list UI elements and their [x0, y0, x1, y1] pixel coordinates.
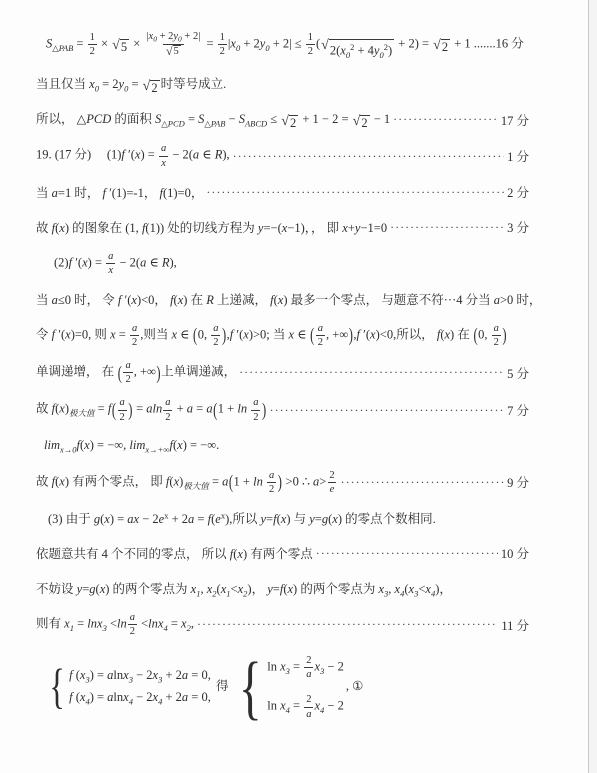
numerator: a	[159, 142, 168, 155]
fraction: a2	[163, 396, 172, 423]
text-segment: 19. (17 分) (1)f ′(x) = ax − 2(a ∈ R),	[36, 142, 230, 169]
text-run: 5	[121, 40, 127, 54]
dot-leader: ········································…	[239, 365, 504, 380]
text-run: − 2(	[169, 148, 193, 162]
denominator: 2	[88, 44, 97, 58]
text-run: ) 最多一个零点， 与题意不符···4 分当	[283, 293, 493, 307]
numerator: a	[128, 611, 137, 624]
text-run: ) = −∞.	[183, 438, 220, 452]
text-run: + 2	[157, 31, 173, 42]
radical-icon: √	[433, 39, 441, 53]
curly-brace: {	[238, 652, 261, 723]
radical-icon: √	[143, 80, 151, 94]
radical-icon: √	[112, 39, 120, 53]
math-variable: R	[162, 255, 170, 269]
math-variable: x	[108, 265, 113, 276]
line-part3-g-function: (3) 由于 g(x) = ax − 2ex + 2a = f(ex),所以 y…	[36, 506, 529, 531]
numerator: 1	[306, 31, 315, 44]
text-run: = 0,	[188, 690, 211, 704]
text-run: 2	[125, 374, 130, 385]
text-run: ∈	[199, 148, 215, 162]
line-four-zeros: 依题意共有 4 个不同的零点， 所以 f(x) 有两个零点 ··········…	[36, 541, 529, 566]
line-area-pcd-17: 所以， △PCD 的面积 S△PCD = S△PAB − SABCD ≤ √2 …	[36, 107, 529, 132]
system-row: f (x3) = alnx3 − 2x3 + 2a = 0,	[69, 668, 211, 685]
math-variable: a	[125, 360, 130, 371]
text-run: ) 的图象在 (1,	[65, 221, 142, 235]
text-run: =	[290, 660, 303, 674]
text-run: (	[316, 36, 320, 50]
numerator: |x0 + 2y0 + 2|	[144, 30, 202, 44]
text-run: − 2	[139, 512, 159, 526]
radicand: 2	[360, 115, 369, 130]
text-run: 16 分	[496, 36, 524, 50]
fraction: ax	[159, 142, 168, 169]
text-run: ′(	[72, 255, 82, 269]
denominator: 2	[211, 335, 220, 349]
radicand: 2	[289, 115, 298, 130]
dot-leader: ········································…	[233, 149, 504, 164]
dot-leader: ········································…	[270, 403, 504, 418]
text-run: ∈	[146, 255, 162, 269]
denominator: 2	[130, 335, 139, 349]
text-run: =	[194, 512, 207, 526]
text-run: 时等号成立.	[161, 77, 227, 91]
radical-icon: √	[353, 115, 361, 129]
text-run: 17 分	[501, 114, 529, 128]
text-run: (2)	[54, 255, 69, 269]
denominator: a	[304, 707, 313, 721]
text-run: 上递减，	[214, 293, 270, 307]
big-paren: (	[117, 363, 122, 382]
denominator: e	[328, 482, 337, 496]
text-segment: 9 分	[507, 473, 529, 491]
fraction: a2	[316, 322, 325, 349]
text-run: 当且仅当	[36, 77, 89, 91]
big-paren: )	[348, 326, 353, 345]
line-zeros-ordering: 则有 x1 = lnx3 <lna2 <lnx4 = x2,··········…	[36, 611, 529, 638]
numerator: a	[211, 322, 220, 335]
text-run: )，	[247, 582, 267, 596]
dot-leader: ········································…	[341, 475, 505, 490]
denominator: 2	[118, 410, 127, 424]
text-run: ′(1)=-1，	[106, 186, 160, 200]
fraction: a2	[128, 611, 137, 638]
text-run: ),	[170, 255, 177, 269]
document-page: S△PAB = 12 × √5 × |x0 + 2y0 + 2|√5 = 12|…	[0, 0, 597, 773]
math-variable: ln	[87, 616, 97, 630]
text-run: − 2	[133, 690, 153, 704]
subscript: 极大值	[183, 481, 209, 491]
text-run: )>0; 当	[249, 327, 289, 341]
numerator: a	[106, 250, 115, 263]
system-row: f (x4) = alnx4 − 2x4 + 2a = 0,	[69, 690, 211, 707]
text-run: 2	[318, 337, 323, 348]
math-variable: ln	[117, 616, 127, 630]
big-paren: )	[128, 400, 133, 419]
math-variable: ln	[153, 402, 163, 416]
big-paren: (	[310, 326, 315, 345]
denominator: x	[106, 263, 115, 277]
text-run: +	[348, 221, 355, 235]
big-paren: (	[228, 473, 233, 492]
text-segment: 依题意共有 4 个不同的零点， 所以 f(x) 有两个零点	[36, 544, 313, 562]
numerator: 2	[304, 693, 313, 706]
radicand: 2	[441, 39, 450, 54]
big-paren: )	[156, 363, 161, 382]
subscript: x→+∞	[145, 444, 169, 454]
text-run: =1 时，	[58, 186, 103, 200]
numerator: a	[251, 396, 260, 409]
square-root: √5	[166, 45, 181, 58]
big-paren: )	[261, 400, 266, 419]
text-run: 所以， △	[36, 112, 86, 126]
text-run: ×	[130, 36, 143, 50]
text-segment: (2)f ′(x) = ax − 2(a ∈ R),	[54, 250, 177, 277]
text-run: =	[290, 699, 303, 713]
text-run: (	[73, 668, 80, 682]
text-run: 7 分	[507, 404, 529, 418]
text-run: 0,	[198, 327, 211, 341]
text-segment: {f (x3) = alnx3 − 2x3 + 2a = 0,f (x4) = …	[44, 648, 363, 727]
square-root: √2(x02 + 4y02)	[321, 39, 394, 62]
text-run: =	[209, 474, 222, 488]
text-run: (1)=0，	[163, 186, 203, 200]
text-run: =−(	[263, 221, 281, 235]
radicand: 2	[150, 80, 159, 95]
text-run: 19. (17 分) (1)	[36, 148, 121, 162]
text-run: 2	[130, 626, 135, 637]
denominator: 2	[267, 482, 276, 496]
text-run: 2	[253, 412, 258, 423]
big-paren: )	[502, 326, 507, 345]
text-run: −1)，， 即	[287, 221, 342, 235]
denominator: 2	[492, 335, 501, 349]
text-run: =	[193, 402, 206, 416]
radicand: 5	[120, 39, 129, 54]
text-run: ,则当	[140, 327, 171, 341]
numerator: a	[492, 322, 501, 335]
numerator: 1	[88, 31, 97, 44]
line-two-zeros-condition: 故 f(x) 有两个零点， 即 f(x)极大值 = a(1 + ln a2) >…	[36, 469, 529, 496]
text-segment: 故 f(x) 的图象在 (1, f(1)) 处的切线方程为 y=−(x−1)，，…	[36, 218, 387, 236]
big-paren: (	[213, 400, 218, 419]
text-run: ln	[267, 699, 280, 713]
text-run: 2	[220, 46, 225, 57]
text-run: − 2	[133, 668, 153, 682]
text-run: 2	[120, 412, 125, 423]
line-limits: limx→0f(x) = −∞, limx→+∞f(x) = −∞.	[36, 434, 529, 459]
text-run: ),	[222, 148, 229, 162]
page-edge-line	[588, 0, 589, 773]
text-run: 则有	[36, 616, 64, 630]
line-maximum-value: 故 f(x)极大值 = f(a2) = alna2 + a = a(1 + ln…	[36, 396, 529, 423]
system-rows: f (x3) = alnx3 − 2x3 + 2a = 0,f (x4) = a…	[69, 665, 211, 710]
numerator: a	[123, 359, 132, 372]
square-root: √2	[433, 39, 450, 54]
text-run: +	[173, 402, 186, 416]
text-run: ln	[267, 660, 280, 674]
text-segment: 7 分	[507, 401, 529, 419]
text-run: 故	[36, 474, 52, 488]
math-variable: a	[269, 470, 274, 481]
dot-leader: ········································…	[393, 112, 498, 127]
text-segment: 所以， △PCD 的面积 S△PCD = S△PAB − SABCD ≤ √2 …	[36, 109, 390, 130]
line-critical-point-intervals: 令 f ′(x)=0, 则 x = a2,则当 x ∈ (0, a2),f ′(…	[36, 322, 529, 349]
text-run: 故	[36, 221, 52, 235]
text-segment: 1 分	[507, 147, 529, 165]
text-run: , +∞	[134, 365, 156, 379]
text-run: 2	[361, 116, 367, 130]
text-run: (3) 由于	[48, 512, 94, 526]
math-variable: a	[165, 397, 170, 408]
text-run: ) 的两个零点为	[293, 582, 378, 596]
text-segment: 3 分	[507, 218, 529, 236]
fraction: 12	[88, 31, 97, 58]
math-variable: x	[161, 158, 166, 169]
text-run: 0,	[478, 327, 491, 341]
big-paren: (	[111, 400, 116, 419]
denominator: 2	[128, 624, 137, 638]
numerator: a	[118, 396, 127, 409]
line-area-pab-16: S△PAB = 12 × √5 × |x0 + 2y0 + 2|√5 = 12|…	[36, 30, 529, 62]
page-edge-shade	[589, 0, 597, 773]
radical-icon: √	[166, 45, 173, 57]
math-variable: a	[494, 323, 499, 334]
text-run: ′(	[233, 327, 243, 341]
text-run: 2	[442, 40, 448, 54]
text-segment: 则有 x1 = lnx3 <lna2 <lnx4 = x2,	[36, 611, 194, 638]
math-variable: a	[120, 397, 125, 408]
square-root: √2	[353, 115, 370, 130]
text-run: <	[138, 616, 148, 630]
big-paren: )	[277, 473, 282, 492]
text-run: =	[116, 327, 129, 341]
system-row: ln x4 = 2ax4 − 2	[267, 693, 344, 720]
fraction: a2	[492, 322, 501, 349]
text-run: ) =	[90, 668, 107, 682]
text-run: + 1 − 2 =	[299, 112, 351, 126]
math-variable: a	[130, 612, 135, 623]
text-run: ) 的零点个数相同.	[338, 512, 436, 526]
text-run: 当	[36, 186, 52, 200]
denominator: 2	[218, 44, 227, 58]
text-run: )=0, 则	[71, 327, 110, 341]
text-run: 1	[220, 32, 225, 43]
fraction: 2a	[304, 693, 313, 720]
text-run: + 2	[162, 668, 182, 682]
math-variable: R	[206, 293, 214, 307]
text-run: 1 +	[218, 402, 238, 416]
text-run: 单调递增， 在	[36, 365, 117, 379]
text-run: ′(	[121, 293, 131, 307]
text-run: 2	[90, 46, 95, 57]
math-variable: a	[132, 323, 137, 334]
subscript: △PCD	[161, 119, 185, 129]
math-variable: lim	[129, 438, 145, 452]
line-a-leq-0-case: 当 a≤0 时， 令 f ′(x)<0， f(x) 在 R 上递减， f(x) …	[36, 287, 529, 312]
line-a-equals-1: 当 a=1 时， f ′(1)=-1， f(1)=0， ············…	[36, 180, 529, 205]
fraction: ax	[106, 250, 115, 277]
text-segment: 当且仅当 x0 = 2y0 = √2时等号成立.	[36, 74, 226, 95]
text-run: )<0，	[137, 293, 170, 307]
equation-system: {ln x3 = 2ax3 − 2ln x4 = 2ax4 − 2	[234, 648, 344, 727]
text-run: 3 分	[507, 221, 529, 235]
text-run: ,	[191, 616, 194, 630]
text-run: , ①	[346, 679, 363, 693]
big-paren: )	[221, 326, 226, 345]
text-run: ) 在	[450, 327, 473, 341]
text-segment: 17 分	[501, 111, 529, 129]
text-run: ) =	[110, 512, 127, 526]
math-variable: a	[108, 251, 113, 262]
math-variable: ln	[237, 402, 250, 416]
denominator: 2	[251, 410, 260, 424]
text-run: −	[225, 112, 238, 126]
numerator: a	[267, 469, 276, 482]
line-q19-part1-derivative: 19. (17 分) (1)f ′(x) = ax − 2(a ∈ R),···…	[36, 142, 529, 169]
text-run: ) =	[88, 255, 105, 269]
text-segment: S△PAB = 12 × √5 × |x0 + 2y0 + 2|√5 = 12|…	[46, 30, 524, 62]
text-run: ln	[113, 690, 123, 704]
fraction: |x0 + 2y0 + 2|√5	[144, 30, 202, 59]
text-segment: 单调递增， 在 (a2, +∞)上单调递减，	[36, 359, 236, 386]
text-run: − 2	[324, 660, 344, 674]
text-run: 令	[36, 327, 52, 341]
text-run: 2	[213, 337, 218, 348]
denominator: x	[159, 156, 168, 170]
text-run: + 4	[354, 44, 374, 58]
text-segment: 令 f ′(x)=0, 则 x = a2,则当 x ∈ (0, a2),f ′(…	[36, 322, 507, 349]
text-run: ∈	[294, 327, 310, 341]
fraction: a2	[267, 469, 276, 496]
text-run: 2 分	[507, 186, 529, 200]
math-variable: lim	[44, 438, 60, 452]
fraction: a2	[251, 396, 260, 423]
math-variable: a	[318, 323, 323, 334]
text-run: + 1 .......	[451, 36, 496, 50]
fraction: a2	[118, 396, 127, 423]
text-segment: 当 a≤0 时， 令 f ′(x)<0， f(x) 在 R 上递减， f(x) …	[36, 290, 541, 308]
text-run: =	[73, 36, 86, 50]
text-run: − 2(	[116, 255, 140, 269]
text-run: ) 与	[286, 512, 309, 526]
math-variable: a	[161, 143, 166, 154]
text-run: 2	[308, 46, 313, 57]
curly-brace: {	[49, 663, 64, 711]
text-run: =	[74, 616, 87, 630]
text-run: =	[128, 77, 141, 91]
text-run: 1 分	[507, 150, 529, 164]
numerator: 1	[218, 31, 227, 44]
denominator: 2	[123, 372, 132, 386]
text-run: >0 ∴	[282, 474, 313, 488]
fraction: 12	[218, 31, 227, 58]
text-run: 5	[174, 46, 179, 57]
text-run: (	[73, 690, 80, 704]
text-run: =	[203, 36, 216, 50]
line-monotonicity: 单调递增， 在 (a2, +∞)上单调递减， ·················…	[36, 359, 529, 386]
text-run: + 2	[162, 690, 182, 704]
text-run: = 2	[99, 77, 119, 91]
text-run: 不妨设	[36, 582, 77, 596]
text-run: 2	[306, 655, 311, 666]
text-run: 依题意共有 4 个不同的零点， 所以	[36, 547, 230, 561]
text-run: ′(	[55, 327, 65, 341]
text-run: ln	[113, 668, 123, 682]
text-run: 2(	[330, 44, 340, 58]
text-segment: 11 分	[501, 616, 529, 634]
text-segment: 10 分	[501, 544, 529, 562]
square-root: √5	[112, 39, 129, 54]
text-run: ) 有两个零点， 即	[65, 474, 166, 488]
big-paren: (	[193, 326, 198, 345]
text-segment: 故 f(x)极大值 = f(a2) = alna2 + a = a(1 + ln…	[36, 396, 267, 423]
fraction: 12	[306, 31, 315, 58]
text-run: )，	[435, 582, 452, 596]
numerator: a	[316, 322, 325, 335]
text-run: (1)) 处的切线方程为	[145, 221, 258, 235]
text-segment: 5 分	[507, 364, 529, 382]
line-part2-derivative: (2)f ′(x) = ax − 2(a ∈ R),	[36, 250, 529, 277]
text-run: ) 的两个零点为	[105, 582, 190, 596]
text-segment: 故 f(x) 有两个零点， 即 f(x)极大值 = a(1 + ln a2) >…	[36, 469, 338, 496]
text-run: ≤0 时， 令	[58, 293, 118, 307]
text-run: ∈	[177, 327, 193, 341]
text-run: =	[133, 402, 146, 416]
text-run: 当	[36, 293, 52, 307]
text-segment: (3) 由于 g(x) = ax − 2ex + 2a = f(ex),所以 y…	[48, 509, 436, 527]
radicand: 2(x02 + 4y02)	[329, 39, 394, 62]
line-tangent-equation: 故 f(x) 的图象在 (1, f(1)) 处的切线方程为 y=−(x−1)，，…	[36, 215, 529, 240]
text-segment: 不妨设 y=g(x) 的两个零点为 x1, x2(x1<x2)， y=f(x) …	[36, 579, 452, 599]
text-segment: limx→0f(x) = −∞, limx→+∞f(x) = −∞.	[44, 438, 219, 455]
text-run: <	[231, 582, 238, 596]
text-run: =	[273, 582, 280, 596]
dot-leader: ········································…	[206, 185, 504, 200]
fraction: a2	[123, 359, 132, 386]
text-run: , +∞	[326, 327, 348, 341]
math-variable: PCD	[86, 112, 111, 126]
radical-icon: √	[321, 39, 329, 53]
line-equality-condition: 当且仅当 x0 = 2y0 = √2时等号成立.	[36, 72, 529, 97]
system-rows: ln x3 = 2ax3 − 2ln x4 = 2ax4 − 2	[267, 648, 344, 727]
text-run: − 1	[371, 112, 391, 126]
denominator: 2	[316, 335, 325, 349]
dot-leader: ········································…	[197, 617, 498, 632]
text-run: 5 分	[507, 367, 529, 381]
math-variable: a	[306, 709, 311, 720]
text-run: 2	[329, 470, 334, 481]
numerator: 2	[327, 469, 336, 482]
text-run: 2	[151, 81, 157, 95]
text-run: =	[95, 402, 108, 416]
text-run: ) =	[140, 148, 157, 162]
text-run: >	[319, 474, 326, 488]
text-run: 9 分	[507, 476, 529, 490]
denominator: 2	[306, 44, 315, 58]
fraction: a2	[211, 322, 220, 349]
system-row: ln x3 = 2ax3 − 2	[267, 654, 344, 681]
equation-system: {f (x3) = alnx3 − 2x3 + 2a = 0,f (x4) = …	[46, 664, 211, 710]
subscript: △PAB	[204, 119, 225, 129]
denominator: √5	[163, 44, 184, 59]
text-run: )	[388, 44, 392, 58]
text-run: 1	[90, 32, 95, 43]
text-run: 2	[494, 337, 499, 348]
text-run: ×	[98, 36, 111, 50]
radicand: 5	[173, 45, 181, 58]
math-variable: ax	[127, 512, 139, 526]
